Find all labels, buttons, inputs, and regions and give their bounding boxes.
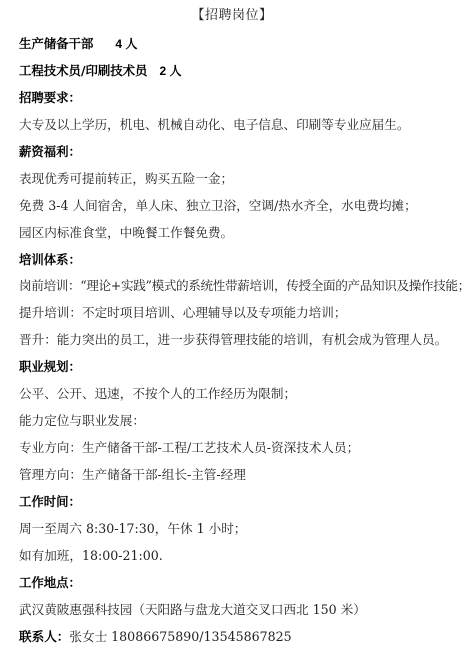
hours-item: 周一至周六 8:30-17:30，午休 1 小时； [19, 520, 246, 538]
training-item: 提升培训：不定时项目培训、心理辅导以及专项能力培训； [19, 304, 346, 322]
location-item: 武汉黄陂惠强科技园（天阳路与盘龙大道交叉口西北 150 米） [19, 601, 366, 619]
benefits-item: 免费 3-4 人间宿舍，单人床、独立卫浴，空调/热水齐全，水电费均摊； [19, 197, 417, 215]
position-count: 4 人 [115, 37, 137, 51]
recruitment-document: 【招聘岗位】 生产储备干部4 人 工程技术员/印刷技术员2 人 招聘要求： 大专… [0, 0, 464, 661]
hours-item: 如有加班，18:00-21:00. [19, 547, 163, 565]
training-item: 晋升：能力突出的员工，进一步获得管理技能的培训，有机会成为管理人员。 [19, 331, 447, 349]
career-item: 公平、公开、迅速，不按个人的工作经历为限制； [19, 385, 296, 403]
contact-label: 联系人： [19, 629, 69, 644]
career-item: 能力定位与职业发展： [19, 412, 145, 430]
benefits-item: 表现优秀可提前转正，购买五险一金； [19, 170, 233, 188]
position-name: 生产储备干部 [19, 36, 93, 51]
position-technician: 工程技术员/印刷技术员2 人 [19, 62, 181, 80]
contact-value: 张女士 18086675890/13545867825 [69, 629, 291, 644]
section-heading-location: 工作地点： [19, 574, 81, 592]
section-heading-career: 职业规划： [19, 358, 81, 376]
training-item: 岗前培训：“理论+实践”模式的系统性带薪培训，传授全面的产品知识及操作技能； [19, 277, 464, 295]
requirements-item: 大专及以上学历，机电、机械自动化、电子信息、印刷等专业应届生。 [19, 116, 409, 134]
position-name: 工程技术员/印刷技术员 [19, 63, 147, 78]
section-heading-requirements: 招聘要求： [19, 89, 81, 107]
section-heading-training: 培训体系： [19, 251, 81, 269]
position-count: 2 人 [159, 64, 181, 78]
section-heading-hours: 工作时间： [19, 493, 81, 511]
document-title: 【招聘岗位】 [0, 7, 464, 25]
section-heading-benefits: 薪资福利： [19, 143, 81, 161]
benefits-item: 园区内标准食堂，中晚餐工作餐免费。 [19, 224, 233, 242]
career-item: 专业方向：生产储备干部-工程/工艺技术人员-资深技术人员； [19, 439, 359, 457]
career-item: 管理方向：生产储备干部-组长-主管-经理 [19, 466, 246, 484]
contact-line: 联系人：张女士 18086675890/13545867825 [19, 628, 292, 646]
position-production-reserve: 生产储备干部4 人 [19, 35, 137, 53]
